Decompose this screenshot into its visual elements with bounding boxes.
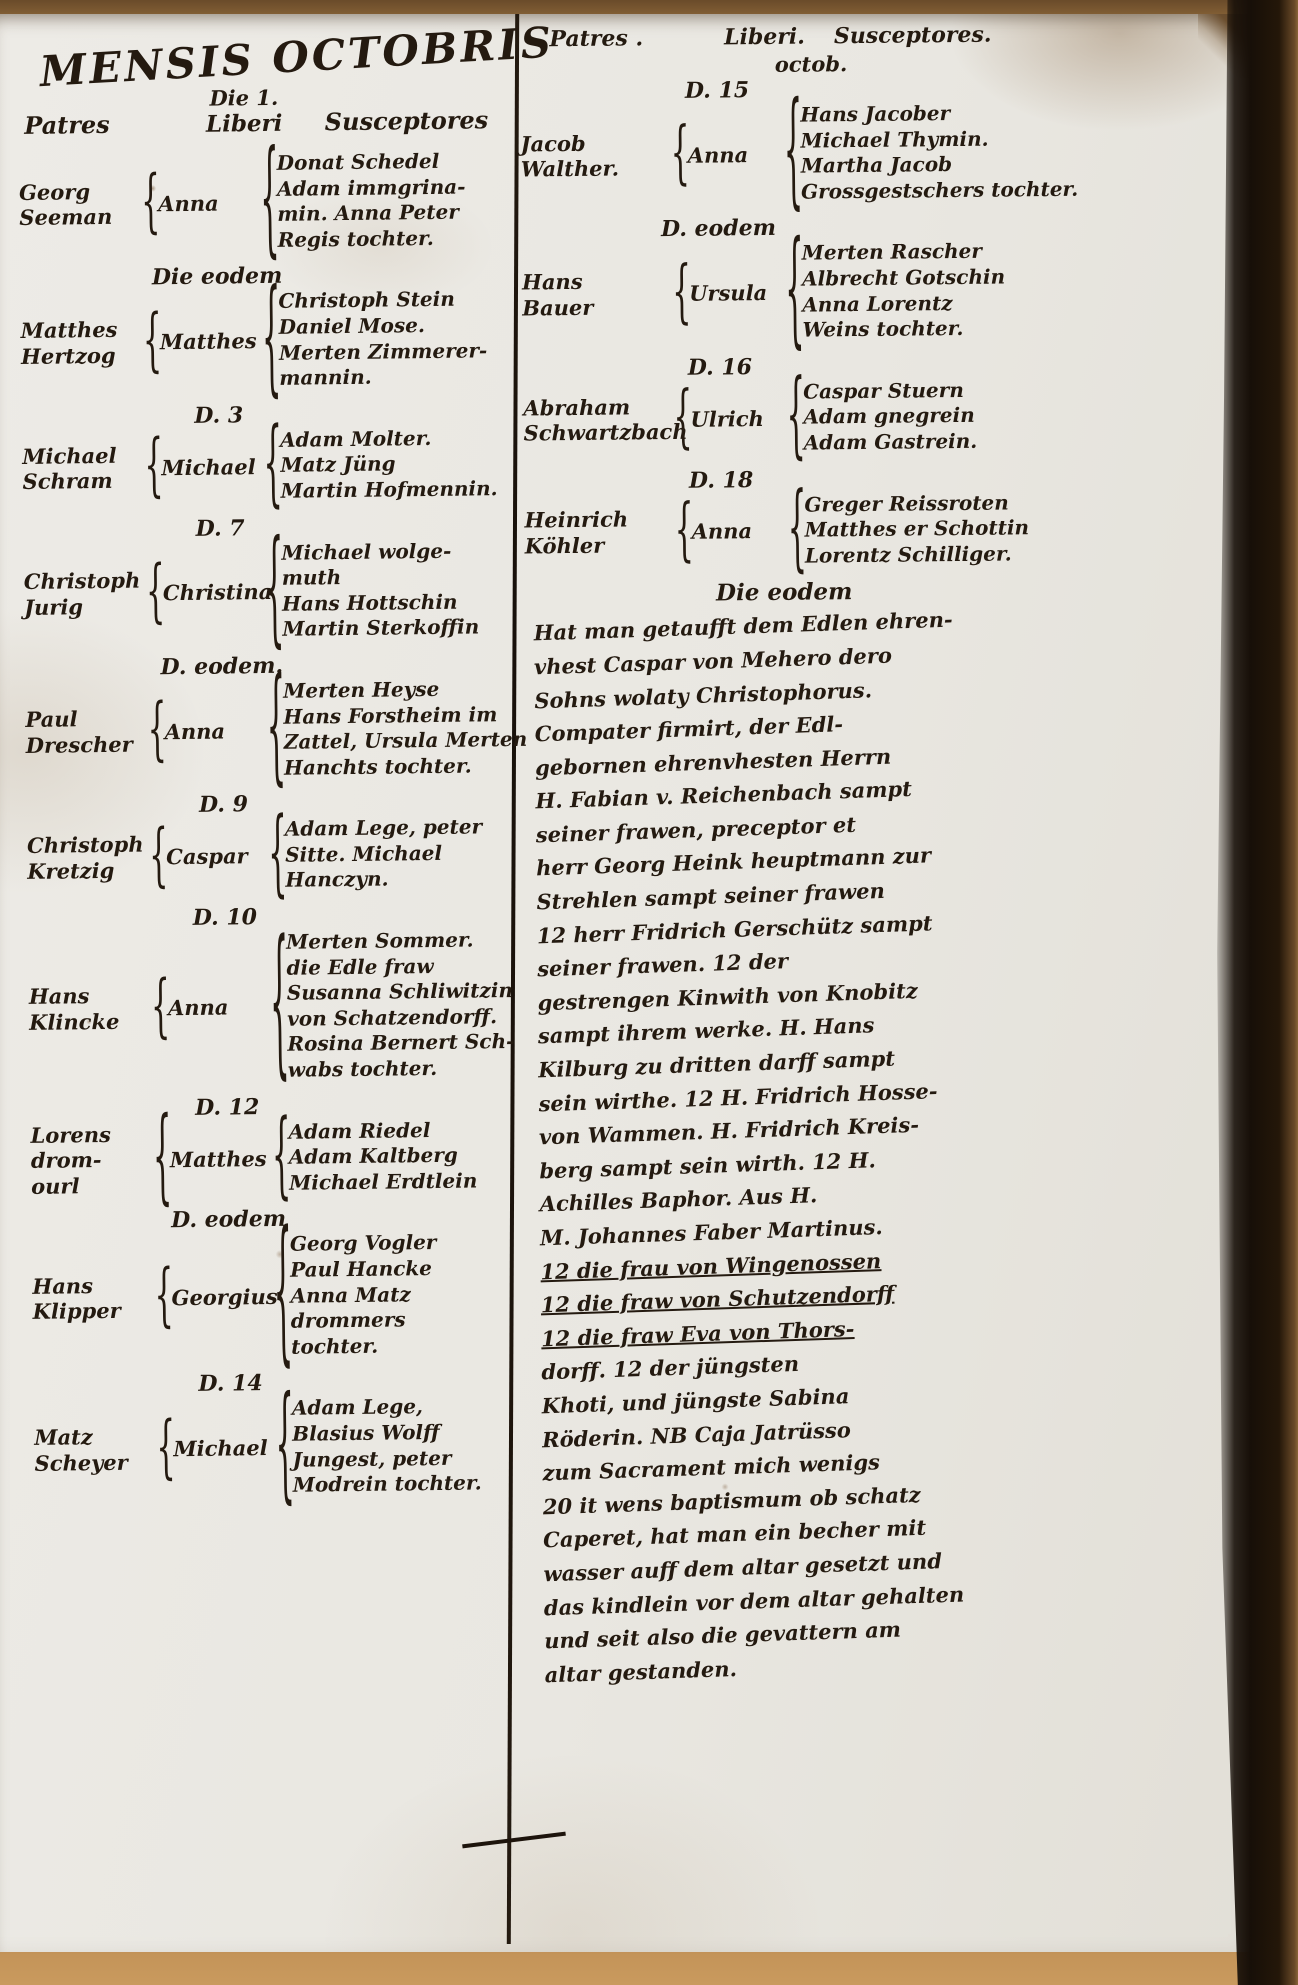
sponsor-line: Grossgestschers tochter. xyxy=(801,176,1078,204)
father-name: HansBauer xyxy=(522,268,673,321)
sponsor-line: Hans Hottschin xyxy=(282,589,506,617)
sponsor-line: Weins tochter. xyxy=(802,316,1005,344)
father-name: GeorgSeeman xyxy=(19,178,142,231)
brace-icon: { xyxy=(271,1111,289,1206)
register-entry: D. 3 MichaelSchram { Michael { Adam Molt… xyxy=(22,399,505,508)
father-name: HansKlincke xyxy=(29,983,152,1036)
father-name-line: Schwartzbach xyxy=(523,419,673,446)
entry-date: D. 9 xyxy=(118,791,328,820)
entry-date: D. 10 xyxy=(120,903,330,932)
sponsor-line: Martha Jacob xyxy=(801,151,1078,179)
sponsor-line: Hanczyn. xyxy=(285,866,509,894)
sponsor-line: Matz Jüng xyxy=(280,450,504,478)
father-name-line: Seeman xyxy=(19,204,141,231)
register-entry: GeorgSeeman { Anna { Donat SchedelAdam i… xyxy=(19,148,502,256)
brace-icon: { xyxy=(141,169,159,238)
sponsor-list: Greger ReissrotenMatthes er SchottinLore… xyxy=(804,490,1029,569)
header-patres: Patres xyxy=(24,109,174,140)
sponsor-line: wabs tochter. xyxy=(288,1055,515,1083)
brace-icon: { xyxy=(266,667,285,793)
child-name: Matthes xyxy=(160,328,262,354)
register-entry: D. 9 ChristophKretzig { Caspar { Adam Le… xyxy=(26,788,509,897)
sponsor-line: Susanna Schliwitzin xyxy=(287,978,514,1006)
sponsor-line: Modrein tochter. xyxy=(293,1470,517,1498)
sponsor-line: min. Anna Peter xyxy=(277,199,501,227)
father-name-line: drom- xyxy=(31,1147,153,1174)
sponsor-line: Sitte. Michael xyxy=(285,840,509,868)
sponsor-line: Donat Schedel xyxy=(277,148,501,176)
sponsor-line: Merten Sommer. xyxy=(286,927,513,955)
brace-icon: { xyxy=(784,229,802,355)
sponsor-line: mannin. xyxy=(279,363,503,391)
father-name-line: Scheyer xyxy=(34,1449,156,1476)
brace-icon: { xyxy=(783,91,801,217)
register-entry: D. eodem HansBauer { Ursula { Merten Ras… xyxy=(521,213,1000,346)
brace-icon: { xyxy=(264,529,283,655)
child-name: Caspar xyxy=(166,843,268,869)
father-name: ChristophKretzig xyxy=(27,832,150,885)
sponsor-line: Michael wolge- xyxy=(281,538,505,566)
brace-icon: { xyxy=(142,307,160,376)
father-name-line: Jurig xyxy=(24,593,146,620)
entry-date: Die eodem xyxy=(112,263,322,292)
sponsor-list: Georg VoglerPaul HanckeAnna Matzdrommers… xyxy=(290,1229,516,1360)
sponsor-line: Zattel, Ursula Merten xyxy=(284,727,528,756)
sponsor-line: Merten Heyse xyxy=(283,676,527,705)
register-entry: D. 16 AbrahamSchwartzbach { Ulrich { Cas… xyxy=(523,351,1002,459)
brace-icon: { xyxy=(147,697,165,766)
brace-icon: { xyxy=(269,926,288,1088)
manuscript-photo: { "page": { "title": "MENSIS OCTOBRIS" }… xyxy=(0,0,1298,1985)
sponsor-line: von Schatzendorff. xyxy=(287,1004,514,1032)
sponsor-line: tochter. xyxy=(291,1332,515,1360)
brace-icon: { xyxy=(151,974,169,1043)
sponsor-line: Rosina Bernert Sch- xyxy=(287,1029,514,1057)
father-name-line: Schram xyxy=(22,468,144,495)
register-entry: D. 12 Lorensdrom-ourl { Matthes { Adam R… xyxy=(30,1091,513,1200)
right-entry-list: D. 15 JacobWalther. { Anna { Hans Jacobe… xyxy=(520,75,1003,572)
entry-date: D. 14 xyxy=(125,1370,335,1399)
right-column: Patres . Liberi. Susceptores. octob. D. … xyxy=(519,12,1015,1692)
sponsor-line: Georg Vogler xyxy=(290,1229,514,1257)
brace-icon: { xyxy=(144,433,162,502)
father-name: HeinrichKöhler xyxy=(524,506,675,559)
father-name-line: Christoph xyxy=(27,832,149,859)
left-entry-list: GeorgSeeman { Anna { Donat SchedelAdam i… xyxy=(19,148,517,1502)
sponsor-line: muth xyxy=(282,563,506,591)
sponsor-line: Anna Matz xyxy=(290,1281,514,1309)
right-column-header: Patres . Liberi. Susceptores. xyxy=(549,22,995,53)
sponsor-line: Paul Hancke xyxy=(290,1255,514,1283)
sponsor-list: Adam RiedelAdam KaltbergMichael Erdtlein xyxy=(288,1117,513,1197)
child-name: Anna xyxy=(692,518,788,544)
father-name-line: Heinrich xyxy=(524,506,674,533)
sponsor-line: Martin Hofmennin. xyxy=(281,476,505,504)
sponsor-list: Merten HeyseHans Forstheim imZattel, Urs… xyxy=(283,676,528,781)
sponsor-line: Blasius Wolff xyxy=(292,1419,516,1447)
header-susceptores: Susceptores. xyxy=(829,22,995,50)
sponsor-line: Merten Rascher xyxy=(802,239,1005,267)
brace-icon: { xyxy=(786,370,804,465)
sponsor-list: Donat SchedelAdam immgrina-min. Anna Pet… xyxy=(277,148,502,253)
father-name-line: Drescher xyxy=(26,732,148,759)
brace-icon: { xyxy=(672,259,690,328)
brace-icon: { xyxy=(268,808,286,903)
father-name-line: Köhler xyxy=(525,532,675,559)
child-name: Anna xyxy=(688,141,784,167)
register-entry: D. 7 ChristophJurig { Christina { Michae… xyxy=(23,512,507,646)
sponsor-line: Martin Sterkoffin xyxy=(282,614,506,642)
father-name: HansKlipper xyxy=(32,1272,155,1325)
sponsor-line: Merten Zimmerer- xyxy=(279,338,503,366)
brace-icon: { xyxy=(149,822,167,891)
brace-icon: { xyxy=(259,139,278,265)
father-name: PaulDrescher xyxy=(25,706,148,759)
sponsor-list: Adam Molter.Matz JüngMartin Hofmennin. xyxy=(280,425,505,505)
register-entry: D. 15 JacobWalther. { Anna { Hans Jacobe… xyxy=(520,75,999,208)
father-name-line: ourl xyxy=(31,1172,153,1199)
father-name: MatthesHertzog xyxy=(21,316,144,369)
register-entry: D. 10 HansKlincke { Anna { Merten Sommer… xyxy=(28,901,512,1086)
header-liberi: Liberi. xyxy=(699,23,829,50)
child-name: Georgius xyxy=(171,1284,273,1310)
entry-date: D. eodem. xyxy=(117,652,327,681)
sponsor-list: Caspar StuernAdam gnegreinAdam Gastrein. xyxy=(803,377,1002,456)
brace-icon: { xyxy=(273,1217,292,1375)
child-name: Anna xyxy=(168,994,270,1020)
sponsor-line: Lorentz Schilliger. xyxy=(805,541,1030,569)
sponsor-line: Christoph Stein xyxy=(278,286,502,314)
father-name-line: Christoph xyxy=(24,568,146,595)
father-name-line: Hans xyxy=(29,983,151,1010)
brace-icon: { xyxy=(152,1108,170,1212)
father-name-line: Georg xyxy=(19,178,141,205)
father-name-line: Abraham xyxy=(523,393,673,420)
sponsor-line: Michael Erdtlein xyxy=(289,1168,513,1196)
sponsor-list: Christoph SteinDaniel Mose.Merten Zimmer… xyxy=(278,286,503,391)
father-name-line: Paul xyxy=(25,706,147,733)
sponsor-line: drommers xyxy=(291,1306,515,1334)
month-label: octob. xyxy=(775,50,998,77)
sponsor-list: Merten RascherAlbrecht GotschinAnna Lore… xyxy=(802,239,1006,343)
child-name: Michael xyxy=(173,1435,275,1461)
brace-icon: { xyxy=(670,120,688,189)
sponsor-list: Hans JacoberMichael Thymin.Martha JacobG… xyxy=(800,100,1078,205)
father-name-line: Michael xyxy=(22,442,144,469)
sponsor-list: Michael wolge-muthHans HottschinMartin S… xyxy=(281,538,506,643)
child-name: Christina xyxy=(163,579,265,605)
father-name-line: Hans xyxy=(522,268,672,295)
baptism-note-paragraph: Hat man getaufft dem Edlen ehren-vhest C… xyxy=(534,612,1015,1692)
header-liberi: Liberi xyxy=(174,109,314,138)
sponsor-line: Greger Reissroten xyxy=(804,490,1029,518)
sponsor-line: Michael Thymin. xyxy=(800,125,1077,153)
register-entry: Die eodem MatthesHertzog { Matthes { Chr… xyxy=(20,260,504,394)
left-column: MENSIS OCTOBRIS Patres Die 1. Liberi Sus… xyxy=(17,11,517,1512)
sponsor-line: die Edle fraw xyxy=(286,953,513,981)
sponsor-line: Adam gnegrein xyxy=(803,403,1001,431)
father-name-line: Bauer xyxy=(522,294,672,321)
sponsor-line: Adam Gastrein. xyxy=(804,428,1002,456)
father-name-line: Klipper xyxy=(33,1298,155,1325)
sponsor-line: Jungest, peter xyxy=(292,1445,516,1473)
father-name-line: Hans xyxy=(32,1272,154,1299)
header-patres: Patres . xyxy=(549,25,699,53)
sponsor-line: Anna Lorentz xyxy=(802,290,1005,318)
sponsor-line: Daniel Mose. xyxy=(279,312,503,340)
sponsor-line: Hans Forstheim im xyxy=(283,701,527,730)
father-name: AbrahamSchwartzbach xyxy=(523,393,674,446)
brace-icon: { xyxy=(787,483,805,578)
brace-icon: { xyxy=(261,277,280,403)
register-entry: D. 14 MatzScheyer { Michael { Adam Lege,… xyxy=(33,1367,517,1501)
sponsor-line: Adam Kaltberg xyxy=(289,1142,513,1170)
father-name-line: Hertzog xyxy=(21,342,143,369)
sponsor-list: Adam Lege,Blasius WolffJungest, peterMod… xyxy=(292,1393,517,1498)
header-date: Die 1. xyxy=(174,84,314,111)
register-entry: D. eodem. PaulDrescher { Anna { Merten H… xyxy=(25,650,509,784)
header-susceptores: Susceptores xyxy=(314,105,496,136)
father-name: ChristophJurig xyxy=(24,568,147,621)
sponsor-line: Adam Riedel xyxy=(288,1117,512,1145)
sponsor-line: Caspar Stuern xyxy=(803,377,1001,405)
brace-icon: { xyxy=(156,1414,174,1483)
father-name: JacobWalther. xyxy=(520,130,671,183)
sponsor-line: Matthes er Schottin xyxy=(805,515,1030,543)
sponsor-list: Merten Sommer.die Edle frawSusanna Schli… xyxy=(286,927,515,1083)
child-name: Anna xyxy=(164,718,266,744)
father-name-line: Walther. xyxy=(521,155,671,182)
father-name: MichaelSchram xyxy=(22,442,145,495)
child-name: Matthes xyxy=(170,1146,272,1172)
header-liberi-group: Die 1. Liberi xyxy=(174,84,315,138)
father-name-line: Matz xyxy=(34,1423,156,1450)
child-name: Ursula xyxy=(689,280,785,306)
sponsor-line: Adam Lege, xyxy=(292,1393,516,1421)
sponsor-line: Adam Molter. xyxy=(280,425,504,453)
sponsor-line: Hans Jacober xyxy=(800,100,1077,128)
brace-icon: { xyxy=(263,419,281,514)
sponsor-line: Regis tochter. xyxy=(277,225,501,253)
sponsor-line: Adam Lege, peter xyxy=(285,814,509,842)
father-name-line: Kretzig xyxy=(27,857,149,884)
register-entry: D. eodem HansKlipper { Georgius { Georg … xyxy=(31,1203,515,1363)
father-name: Lorensdrom-ourl xyxy=(30,1121,153,1199)
brace-icon: { xyxy=(154,1263,172,1332)
child-name: Anna xyxy=(158,190,260,216)
register-entry: D. 18 HeinrichKöhler { Anna { Greger Rei… xyxy=(524,464,1003,572)
sponsor-line: Albrecht Gotschin xyxy=(802,264,1005,292)
sponsor-line: Hanchts tochter. xyxy=(284,753,528,782)
child-name: Ulrich xyxy=(690,405,786,431)
sponsor-list: Adam Lege, peterSitte. MichaelHanczyn. xyxy=(285,814,510,894)
brace-icon: { xyxy=(674,497,692,566)
brace-icon: { xyxy=(275,1384,294,1510)
child-name: Michael xyxy=(161,454,263,480)
brace-icon: { xyxy=(673,384,691,453)
brace-icon: { xyxy=(146,558,164,627)
father-name-line: Klincke xyxy=(29,1008,151,1035)
father-name-line: Matthes xyxy=(21,316,143,343)
father-name-line: Lorens xyxy=(30,1121,152,1148)
father-name-line: Jacob xyxy=(520,130,670,157)
entry-date: D. 7 xyxy=(115,514,325,543)
father-name: MatzScheyer xyxy=(34,1423,157,1476)
sponsor-line: Adam immgrina- xyxy=(277,174,501,202)
